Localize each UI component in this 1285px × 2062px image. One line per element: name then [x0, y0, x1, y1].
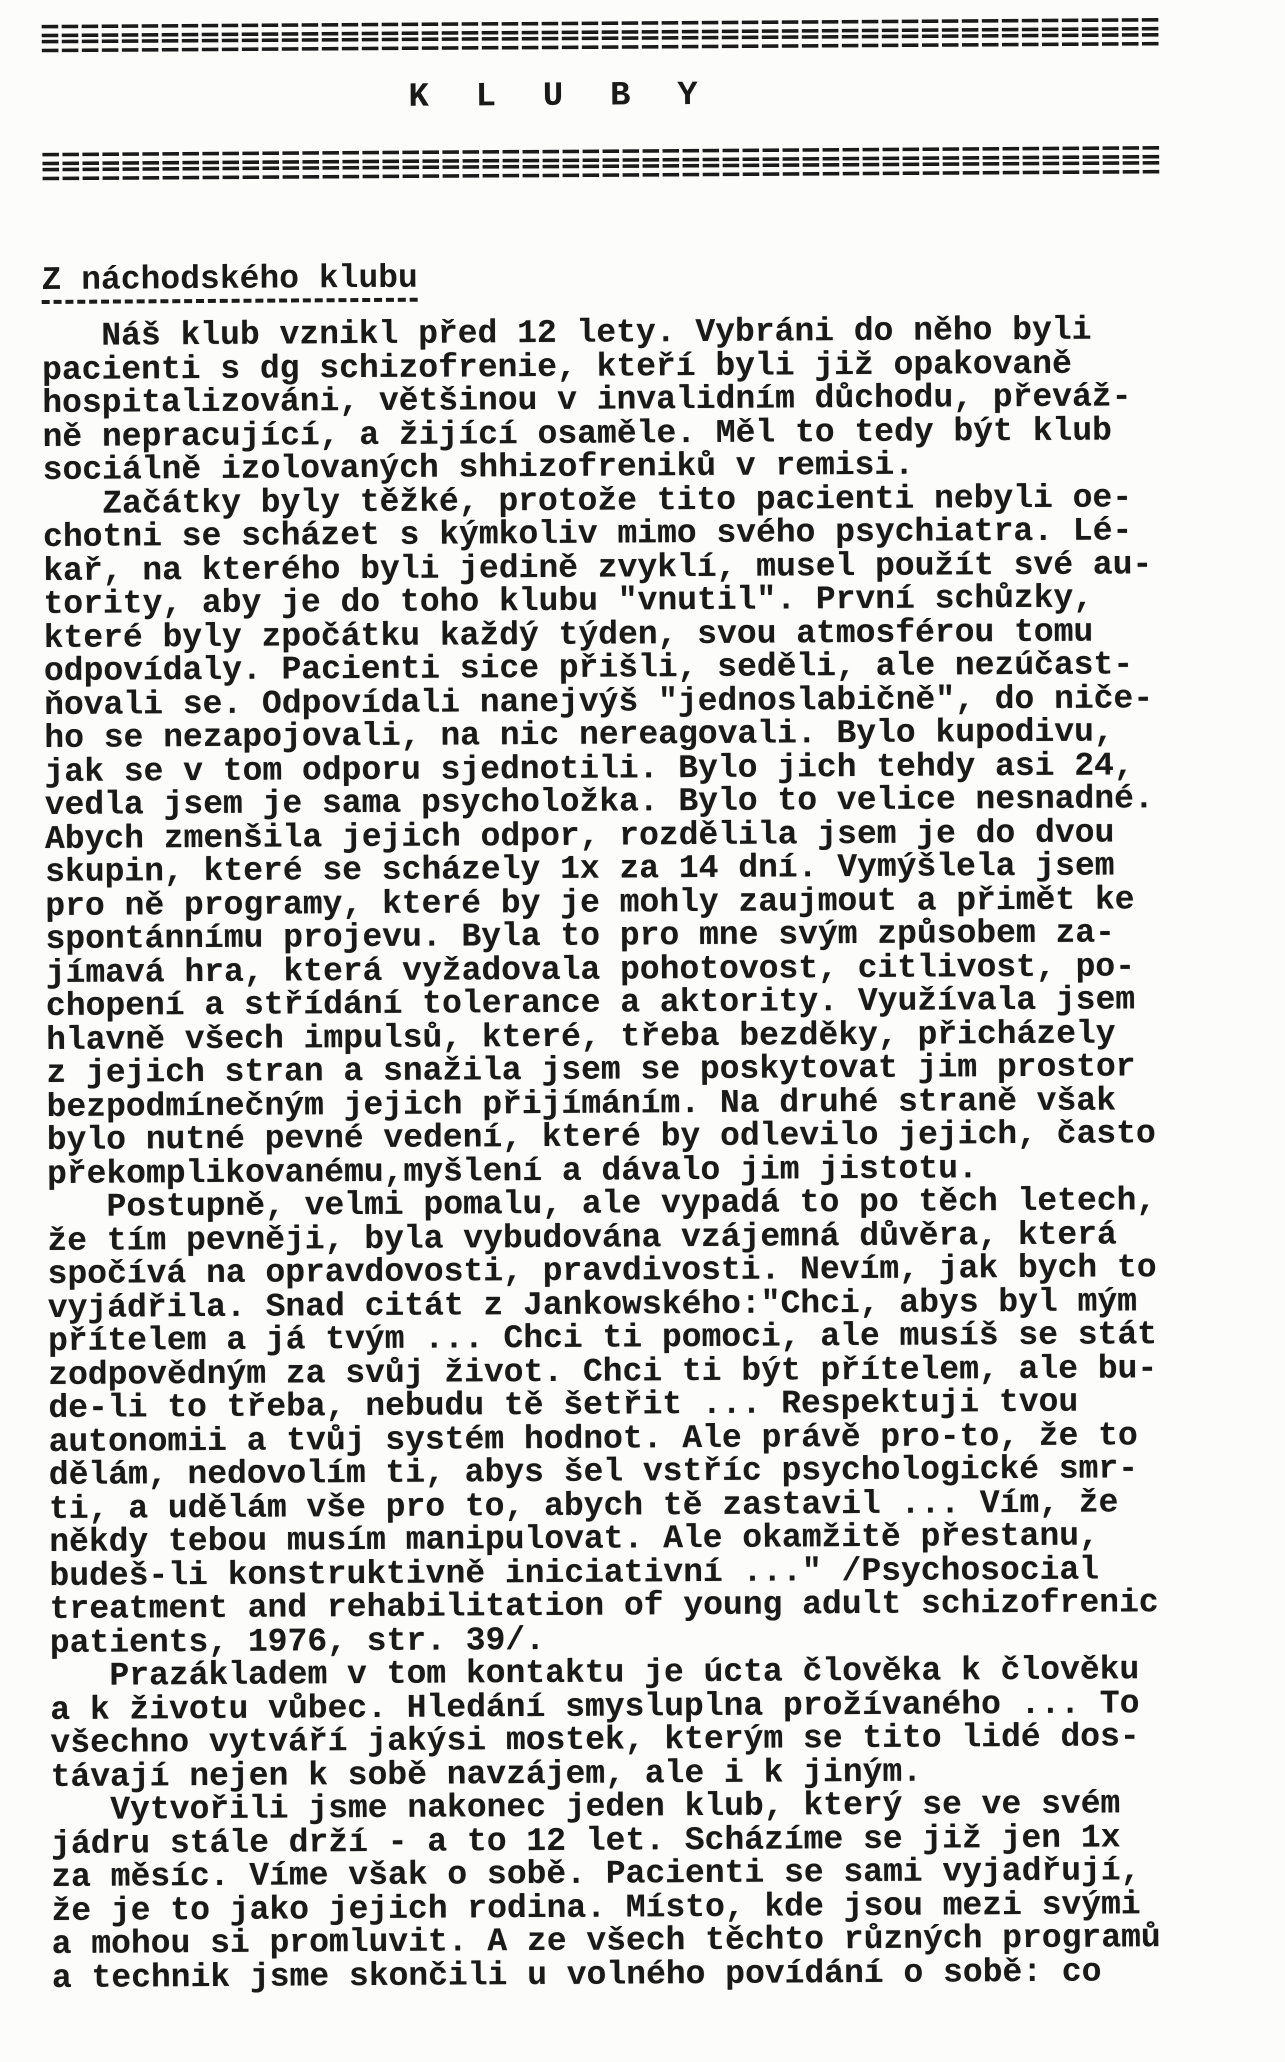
rule-line: ========================================…	[41, 162, 1221, 184]
page-title: K L U B Y	[408, 75, 1220, 116]
text-line: a technik jsme skončili u volného povídá…	[52, 1954, 1232, 1995]
double-rule-top: ========================================…	[40, 19, 1220, 56]
section-heading: Z náchodského klubu	[41, 260, 418, 304]
body-text: Náš klub vznikl před 12 lety. Vybráni do…	[42, 313, 1232, 1995]
double-rule-bottom: ========================================…	[41, 147, 1221, 184]
text-line: bylo nutné pevné vedení, které by odlevi…	[47, 1117, 1227, 1158]
rule-line: ========================================…	[40, 34, 1220, 56]
page-content: ========================================…	[40, 19, 1232, 1995]
text-line: treatment and rehabilitation of young ad…	[50, 1586, 1230, 1627]
section-heading-row: Z náchodského klubu	[41, 255, 1221, 304]
document-page: ========================================…	[0, 0, 1285, 2062]
